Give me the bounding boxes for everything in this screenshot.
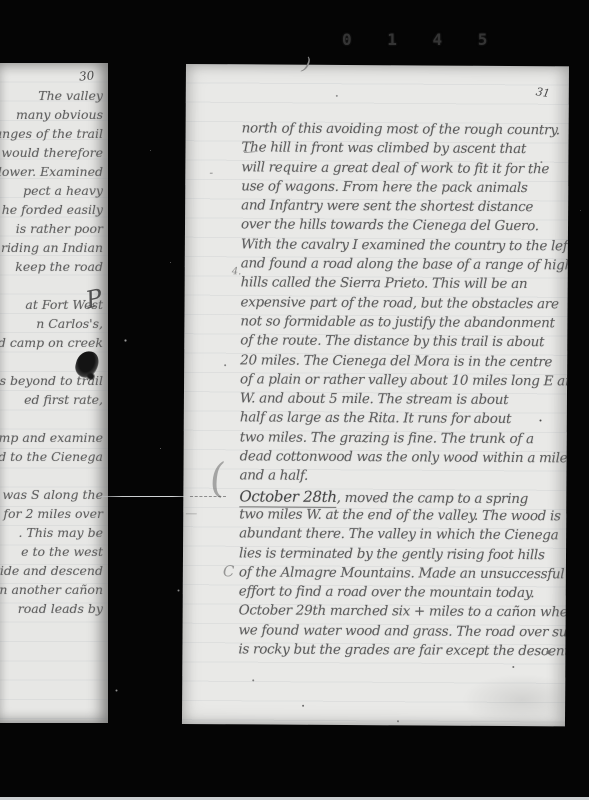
handwritten-line: not so formidable as to justify the aban… [240, 313, 566, 334]
handwritten-text: of the route. The distance by this trail… [240, 333, 544, 351]
dust-specks [0, 0, 1, 1]
handwritten-text: north of this avoiding most of the rough… [242, 120, 560, 138]
handwritten-line: will require a great deal of work to fit… [241, 159, 567, 180]
left-page-line [0, 468, 108, 487]
handwritten-fragment: . This may be [19, 525, 103, 540]
left-page-line: pect a heavy [0, 183, 108, 202]
left-page-line: many obvious [0, 107, 108, 126]
scratch-line [100, 496, 190, 497]
handwritten-text: of the Almagre Mountains. Made an unsucc… [239, 564, 565, 582]
handwritten-text: over the hills towards the Cienega del G… [241, 217, 539, 235]
handwritten-fragment: lower. Examined [0, 164, 103, 179]
handwritten-line: lies is terminated by the gently rising … [239, 545, 565, 566]
handwritten-line: hills called the Sierra Prieto. This wil… [241, 275, 567, 296]
left-page-line: n Carlos's, [0, 316, 108, 335]
handwritten-text: we found water wood and grass. The road … [238, 622, 568, 640]
handwritten-fragment: does in another cañon [0, 582, 103, 597]
handwritten-line: October 29th marched six + miles to a ca… [239, 603, 565, 624]
underlined-date-heading: October 28th [239, 487, 336, 508]
pencil-dash-icon: — [243, 144, 256, 159]
handwritten-line: is rocky but the grades are fair except … [238, 641, 564, 662]
handwritten-text: of a plain or rather valley about 10 mil… [240, 371, 569, 389]
left-page-line: camp and examine [0, 430, 108, 449]
main-page-31: 31 north of this avoiding most of the ro… [182, 64, 569, 726]
handwritten-text: hills called the Sierra Prieto. This wil… [241, 275, 528, 293]
left-page-line: does in another cañon [0, 582, 108, 601]
handwritten-fragment: anges of the trail [0, 126, 103, 141]
left-page-line: ed first rate, [0, 392, 108, 411]
handwritten-line: effort to find a road over the mountain … [239, 583, 565, 604]
left-page-line: for 2 miles over [0, 506, 108, 525]
handwritten-text: 20 miles. The Cienega del Mora is in the… [240, 352, 552, 370]
handwritten-line: of the Almagre Mountains. Made an unsucc… [239, 564, 565, 585]
handwritten-line: October 28th, moved the camp to a spring [239, 487, 565, 508]
handwritten-fragment: road leads by [18, 601, 103, 616]
left-page-line: The valley [0, 88, 108, 107]
handwritten-text: will require a great deal of work to fit… [241, 159, 549, 177]
handwritten-fragment: divide and descend [0, 563, 103, 578]
handwritten-fragment: riding an Indian [1, 240, 103, 255]
handwritten-fragment: many obvious [16, 107, 103, 122]
left-page-line: road leads by [0, 601, 108, 620]
handwritten-fragment: for 2 miles over [3, 506, 103, 521]
handwritten-line: and Infantry were sent the shortest dist… [241, 198, 567, 219]
handwritten-line: With the cavalry I examined the country … [241, 236, 567, 257]
left-page-line: divide and descend [0, 563, 108, 582]
page-number-31: 31 [535, 85, 551, 100]
handwritten-line: we found water wood and grass. The road … [238, 622, 564, 643]
handwritten-text: and a half. [239, 468, 308, 484]
left-page-line: was S along the [0, 487, 108, 506]
handwritten-text: and Infantry were sent the shortest dist… [241, 198, 533, 216]
pencil-letter-c-icon: C [223, 562, 235, 580]
handwritten-fragment: was S along the [2, 487, 103, 502]
handwritten-line: and a half. [239, 468, 565, 489]
left-page-line: lower. Examined [0, 164, 108, 183]
left-page-line [0, 278, 108, 297]
left-page-line: e to the west [0, 544, 108, 563]
main-page-lines: north of this avoiding most of the rough… [238, 120, 567, 662]
handwritten-text: two miles W. at the end of the valley. T… [239, 506, 561, 524]
left-page-line: d to the Cienega [0, 449, 108, 468]
scratch-line-dashes [190, 496, 226, 497]
handwritten-text: With the cavalry I examined the country … [241, 236, 569, 254]
handwritten-fragment: d camp on creek [0, 335, 103, 350]
handwritten-text: and found a road along the base of a ran… [241, 255, 569, 273]
handwritten-fragment: at Fort West [25, 297, 103, 312]
handwritten-line: expensive part of the road, but the obst… [240, 294, 566, 315]
handwritten-line: half as large as the Rita. It runs for a… [240, 410, 566, 431]
left-page-line: he forded easily [0, 202, 108, 221]
handwritten-text: abundant there. The valley in which the … [239, 526, 558, 544]
handwritten-fragment: he forded easily [2, 202, 103, 217]
dust-specks [186, 64, 188, 66]
handwritten-text: The hill in front was climbed by ascent … [241, 140, 526, 158]
handwritten-text: lies is terminated by the gently rising … [239, 545, 545, 563]
handwritten-line: and found a road along the base of a ran… [241, 255, 567, 276]
handwritten-line: over the hills towards the Cienega del G… [241, 217, 567, 238]
page-smudge [462, 674, 569, 727]
handwritten-line: dead cottonwood was the only wood within… [240, 448, 566, 469]
handwritten-line: north of this avoiding most of the rough… [242, 120, 568, 141]
left-page-line: . This may be [0, 525, 108, 544]
scanned-journal-photo: 0 1 4 5 ) 30 P The valleymany obviousang… [0, 0, 589, 800]
handwritten-fragment: e to the west [21, 544, 103, 559]
handwritten-fragment: d to the Cienega [0, 449, 103, 464]
left-page-line: keep the road [0, 259, 108, 278]
handwritten-line: two miles. The grazing is fine. The trun… [240, 429, 566, 450]
handwritten-text: effort to find a road over the mountain … [239, 583, 535, 601]
handwritten-fragment: n Carlos's, [36, 316, 103, 331]
handwritten-line: The hill in front was climbed by ascent … [241, 140, 567, 161]
left-page-line: riding an Indian [0, 240, 108, 259]
handwritten-text: two miles. The grazing is fine. The trun… [240, 429, 534, 447]
handwritten-line: 20 miles. The Cienega del Mora is in the… [240, 352, 566, 373]
handwritten-line: abundant there. The valley in which the … [239, 526, 565, 547]
archival-stamp-digits: 0 1 4 5 [342, 30, 500, 49]
handwritten-fragment: would therefore [1, 145, 103, 160]
handwritten-line: two miles W. at the end of the valley. T… [239, 506, 565, 527]
handwritten-text: , moved the camp to a spring [337, 490, 528, 507]
handwritten-fragment: pect a heavy [23, 183, 103, 198]
handwritten-text: October 29th marched six + miles to a ca… [239, 603, 569, 621]
left-page-line: would therefore [0, 145, 108, 164]
handwritten-fragment: The valley [38, 88, 103, 103]
handwritten-fragment: ed first rate, [24, 392, 103, 407]
handwritten-text: not so formidable as to justify the aban… [240, 313, 554, 331]
pencil-dash-icon: — [185, 506, 197, 520]
pencil-dash-icon: - [209, 166, 213, 179]
handwritten-line: of the route. The distance by this trail… [240, 333, 566, 354]
handwritten-text: W. and about 5 mile. The stream is about [240, 390, 508, 408]
page-number-30: 30 [78, 68, 94, 83]
handwritten-text: use of wagons. From here the pack animal… [241, 178, 527, 196]
handwritten-text: dead cottonwood was the only wood within… [240, 448, 568, 466]
handwritten-line: W. and about 5 mile. The stream is about [240, 390, 566, 411]
handwritten-text: half as large as the Rita. It runs for a… [240, 410, 511, 428]
handwritten-fragment: camp and examine [0, 430, 103, 445]
handwritten-fragment: keep the road [15, 259, 103, 274]
left-page-line [0, 411, 108, 430]
left-page-line: at Fort West [0, 297, 108, 316]
handwritten-text: expensive part of the road, but the obst… [240, 294, 558, 312]
handwritten-line: use of wagons. From here the pack animal… [241, 178, 567, 199]
handwritten-text: is rocky but the grades are fair except … [238, 641, 569, 659]
pencil-number-icon: 4. [232, 266, 242, 277]
left-page-line: is rather poor [0, 221, 108, 240]
left-page-line: anges of the trail [0, 126, 108, 145]
handwritten-line: of a plain or rather valley about 10 mil… [240, 371, 566, 392]
left-page-30: 30 P The valleymany obviousanges of the … [0, 63, 108, 723]
handwritten-fragment: is rather poor [16, 221, 103, 236]
